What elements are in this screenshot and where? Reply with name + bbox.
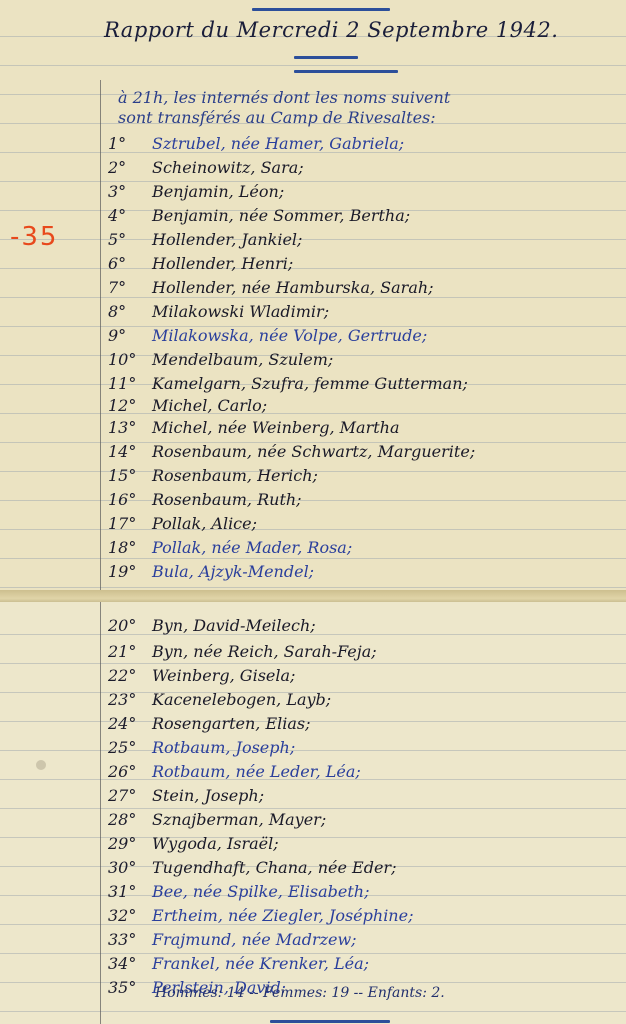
entry-number: 4°: [108, 206, 138, 225]
entry-name: Frankel, née Krenker, Léa;: [152, 954, 369, 973]
entry-name: Rotbaum, Joseph;: [152, 738, 295, 757]
entry-number: 7°: [108, 278, 138, 297]
entry-number: 3°: [108, 182, 138, 201]
list-item: 21°Byn, née Reich, Sarah-Feja;: [108, 642, 377, 661]
list-item: 25°Rotbaum, Joseph;: [108, 738, 295, 757]
list-item: 31°Bee, née Spilke, Elisabeth;: [108, 882, 369, 901]
entry-number: 33°: [108, 930, 138, 949]
entry-name: Rosenbaum, Herich;: [152, 466, 318, 485]
entry-name: Stein, Joseph;: [152, 786, 264, 805]
entry-number: 28°: [108, 810, 138, 829]
list-item: 23°Kacenelebogen, Layb;: [108, 690, 331, 709]
entry-number: 31°: [108, 882, 138, 901]
entry-number: 13°: [108, 418, 138, 437]
entry-name: Sznajberman, Mayer;: [152, 810, 326, 829]
list-item: 18°Pollak, née Mader, Rosa;: [108, 538, 352, 557]
entry-name: Milakowski Wladimir;: [152, 302, 329, 321]
list-item: 12°Michel, Carlo;: [108, 396, 267, 415]
entry-name: Benjamin, née Sommer, Bertha;: [152, 206, 410, 225]
list-item: 22°Weinberg, Gisela;: [108, 666, 295, 685]
list-item: 32°Ertheim, née Ziegler, Joséphine;: [108, 906, 413, 925]
list-item: 10°Mendelbaum, Szulem;: [108, 350, 333, 369]
entry-name: Byn, née Reich, Sarah-Feja;: [152, 642, 377, 661]
list-item: 3°Benjamin, Léon;: [108, 182, 284, 201]
entry-name: Benjamin, Léon;: [152, 182, 284, 201]
decorative-rule: [294, 70, 398, 73]
list-item: 2°Scheinowitz, Sara;: [108, 158, 304, 177]
entry-number: 26°: [108, 762, 138, 781]
list-item: 5°Hollender, Jankiel;: [108, 230, 302, 249]
entry-name: Weinberg, Gisela;: [152, 666, 295, 685]
margin-line: [100, 602, 101, 1024]
entry-number: 1°: [108, 134, 138, 153]
entry-name: Frajmund, née Madrzew;: [152, 930, 357, 949]
entry-name: Wygoda, Israël;: [152, 834, 279, 853]
margin-line: [100, 80, 101, 596]
entry-name: Kacenelebogen, Layb;: [152, 690, 331, 709]
entry-name: Pollak, née Mader, Rosa;: [152, 538, 352, 557]
entry-number: 30°: [108, 858, 138, 877]
intro-line-1: à 21h, les internés dont les noms suiven…: [118, 88, 450, 107]
entry-name: Mendelbaum, Szulem;: [152, 350, 333, 369]
entry-number: 15°: [108, 466, 138, 485]
entry-number: 14°: [108, 442, 138, 461]
entry-name: Rosenbaum, Ruth;: [152, 490, 302, 509]
entry-name: Pollak, Alice;: [152, 514, 257, 533]
entry-number: 16°: [108, 490, 138, 509]
decorative-rule: [294, 56, 358, 59]
entry-number: 27°: [108, 786, 138, 805]
entry-name: Sztrubel, née Hamer, Gabriela;: [152, 134, 404, 153]
entry-number: 17°: [108, 514, 138, 533]
entry-name: Hollender, Jankiel;: [152, 230, 302, 249]
entry-number: 32°: [108, 906, 138, 925]
entry-name: Rosenbaum, née Schwartz, Marguerite;: [152, 442, 475, 461]
entry-name: Michel, née Weinberg, Martha: [152, 418, 400, 437]
list-item: 24°Rosengarten, Elias;: [108, 714, 311, 733]
list-item: 30°Tugendhaft, Chana, née Eder;: [108, 858, 396, 877]
totals-summary: Hommes: 14 -- Femmes: 19 -- Enfants: 2.: [155, 985, 445, 1001]
entry-number: 20°: [108, 616, 138, 635]
entry-number: 9°: [108, 326, 138, 345]
list-item: 16°Rosenbaum, Ruth;: [108, 490, 302, 509]
list-item: 26°Rotbaum, née Leder, Léa;: [108, 762, 361, 781]
list-item: 27°Stein, Joseph;: [108, 786, 264, 805]
list-item: 33°Frajmund, née Madrzew;: [108, 930, 357, 949]
list-item: 19°Bula, Ajzyk-Mendel;: [108, 562, 314, 581]
entry-name: Rotbaum, née Leder, Léa;: [152, 762, 361, 781]
list-item: 28°Sznajberman, Mayer;: [108, 810, 326, 829]
entry-number: 34°: [108, 954, 138, 973]
entry-name: Michel, Carlo;: [152, 396, 267, 415]
intro-line-2: sont transférés au Camp de Rivesaltes:: [118, 108, 436, 127]
list-item: 9°Milakowska, née Volpe, Gertrude;: [108, 326, 427, 345]
list-item: 15°Rosenbaum, Herich;: [108, 466, 318, 485]
entry-number: 11°: [108, 374, 138, 393]
entry-number: 25°: [108, 738, 138, 757]
entry-number: 24°: [108, 714, 138, 733]
entry-name: Tugendhaft, Chana, née Eder;: [152, 858, 396, 877]
list-item: 7°Hollender, née Hamburska, Sarah;: [108, 278, 434, 297]
entry-number: 19°: [108, 562, 138, 581]
entry-number: 8°: [108, 302, 138, 321]
list-item: 6°Hollender, Henri;: [108, 254, 293, 273]
list-item: 11°Kamelgarn, Szufra, femme Gutterman;: [108, 374, 468, 393]
page-title: Rapport du Mercredi 2 Septembre 1942.: [104, 18, 558, 42]
entry-number: 18°: [108, 538, 138, 557]
list-item: 34°Frankel, née Krenker, Léa;: [108, 954, 369, 973]
entry-number: 21°: [108, 642, 138, 661]
ledger-page-top: Rapport du Mercredi 2 Septembre 1942. à …: [0, 0, 626, 596]
decorative-rule: [270, 1020, 390, 1023]
entry-number: 10°: [108, 350, 138, 369]
entry-number: 12°: [108, 396, 138, 415]
entry-number: 5°: [108, 230, 138, 249]
margin-tally: -35: [10, 222, 58, 252]
entry-number: 29°: [108, 834, 138, 853]
decorative-rule: [252, 8, 390, 11]
list-item: 1°Sztrubel, née Hamer, Gabriela;: [108, 134, 404, 153]
ink-stain: [36, 760, 46, 770]
list-item: 14°Rosenbaum, née Schwartz, Marguerite;: [108, 442, 475, 461]
entry-number: 23°: [108, 690, 138, 709]
list-item: 20°Byn, David-Meilech;: [108, 616, 316, 635]
entry-name: Byn, David-Meilech;: [152, 616, 316, 635]
list-item: 8°Milakowski Wladimir;: [108, 302, 329, 321]
entry-name: Hollender, née Hamburska, Sarah;: [152, 278, 434, 297]
entry-name: Bee, née Spilke, Elisabeth;: [152, 882, 369, 901]
entry-number: 6°: [108, 254, 138, 273]
entry-name: Ertheim, née Ziegler, Joséphine;: [152, 906, 413, 925]
entry-name: Rosengarten, Elias;: [152, 714, 311, 733]
list-item: 29°Wygoda, Israël;: [108, 834, 279, 853]
entry-number: 35°: [108, 978, 138, 997]
entry-number: 2°: [108, 158, 138, 177]
list-item: 17°Pollak, Alice;: [108, 514, 257, 533]
list-item: 13°Michel, née Weinberg, Martha: [108, 418, 400, 437]
entry-name: Kamelgarn, Szufra, femme Gutterman;: [152, 374, 468, 393]
entry-name: Milakowska, née Volpe, Gertrude;: [152, 326, 427, 345]
list-item: 4°Benjamin, née Sommer, Bertha;: [108, 206, 410, 225]
entry-number: 22°: [108, 666, 138, 685]
ledger-page-bottom: 20°Byn, David-Meilech; 21°Byn, née Reich…: [0, 602, 626, 1024]
entry-name: Bula, Ajzyk-Mendel;: [152, 562, 314, 581]
entry-name: Scheinowitz, Sara;: [152, 158, 304, 177]
entry-name: Hollender, Henri;: [152, 254, 293, 273]
